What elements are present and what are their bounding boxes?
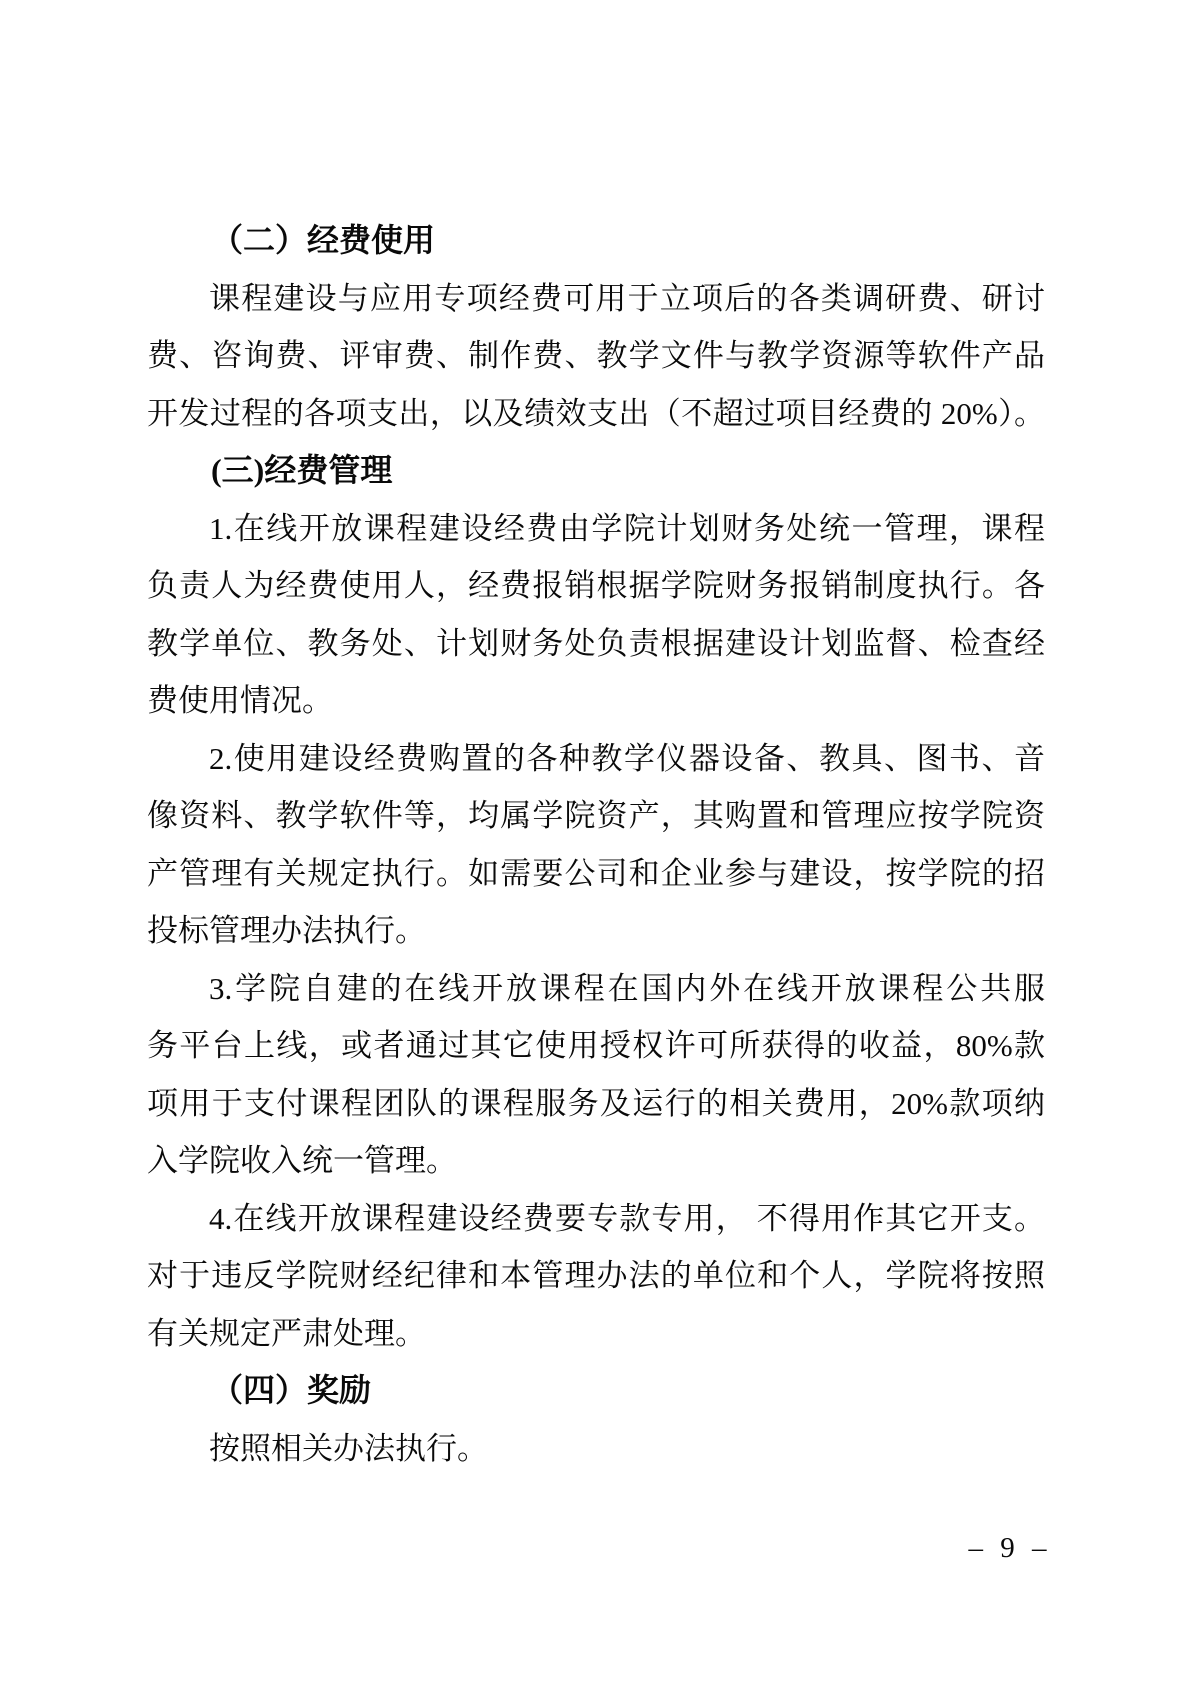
text-line: 产管理有关规定执行。如需要公司和企业参与建设，按学院的招 [147, 845, 1045, 903]
text-line: 费使用情况。 [147, 672, 1045, 730]
text-line: 对于违反学院财经纪律和本管理办法的单位和个人，学院将按照 [147, 1247, 1045, 1305]
text-line: 课程建设与应用专项经费可用于立项后的各类调研费、研讨 [147, 270, 1045, 328]
text-line: 务平台上线，或者通过其它使用授权许可所获得的收益，80%款 [147, 1017, 1045, 1075]
document-page: （二）经费使用课程建设与应用专项经费可用于立项后的各类调研费、研讨费、咨询费、评… [0, 0, 1191, 1684]
text-line: 教学单位、教务处、计划财务处负责根据建设计划监督、检查经 [147, 615, 1045, 673]
section-heading: （四）奖励 [147, 1362, 1045, 1420]
text-line: 投标管理办法执行。 [147, 902, 1045, 960]
text-line: 入学院收入统一管理。 [147, 1132, 1045, 1190]
page-number: – 9 – [958, 1528, 1062, 1568]
section-heading: （二）经费使用 [147, 212, 1045, 270]
text-line: 项用于支付课程团队的课程服务及运行的相关费用，20%款项纳 [147, 1075, 1045, 1133]
text-line: 有关规定严肃处理。 [147, 1305, 1045, 1363]
text-line: 费、咨询费、评审费、制作费、教学文件与教学资源等软件产品 [147, 327, 1045, 385]
text-line: 3.学院自建的在线开放课程在国内外在线开放课程公共服 [147, 960, 1045, 1018]
text-line: 1.在线开放课程建设经费由学院计划财务处统一管理，课程 [147, 500, 1045, 558]
text-line: 按照相关办法执行。 [147, 1420, 1045, 1478]
text-line: 开发过程的各项支出，以及绩效支出（不超过项目经费的 20%）。 [147, 385, 1045, 443]
text-line: 像资料、教学软件等，均属学院资产，其购置和管理应按学院资 [147, 787, 1045, 845]
section-heading: (三)经费管理 [147, 442, 1045, 500]
text-line: 2.使用建设经费购置的各种教学仪器设备、教具、图书、音 [147, 730, 1045, 788]
text-line: 4.在线开放课程建设经费要专款专用， 不得用作其它开支。 [147, 1190, 1045, 1248]
text-line: 负责人为经费使用人，经费报销根据学院财务报销制度执行。各 [147, 557, 1045, 615]
text-block: （二）经费使用课程建设与应用专项经费可用于立项后的各类调研费、研讨费、咨询费、评… [147, 212, 1045, 1477]
